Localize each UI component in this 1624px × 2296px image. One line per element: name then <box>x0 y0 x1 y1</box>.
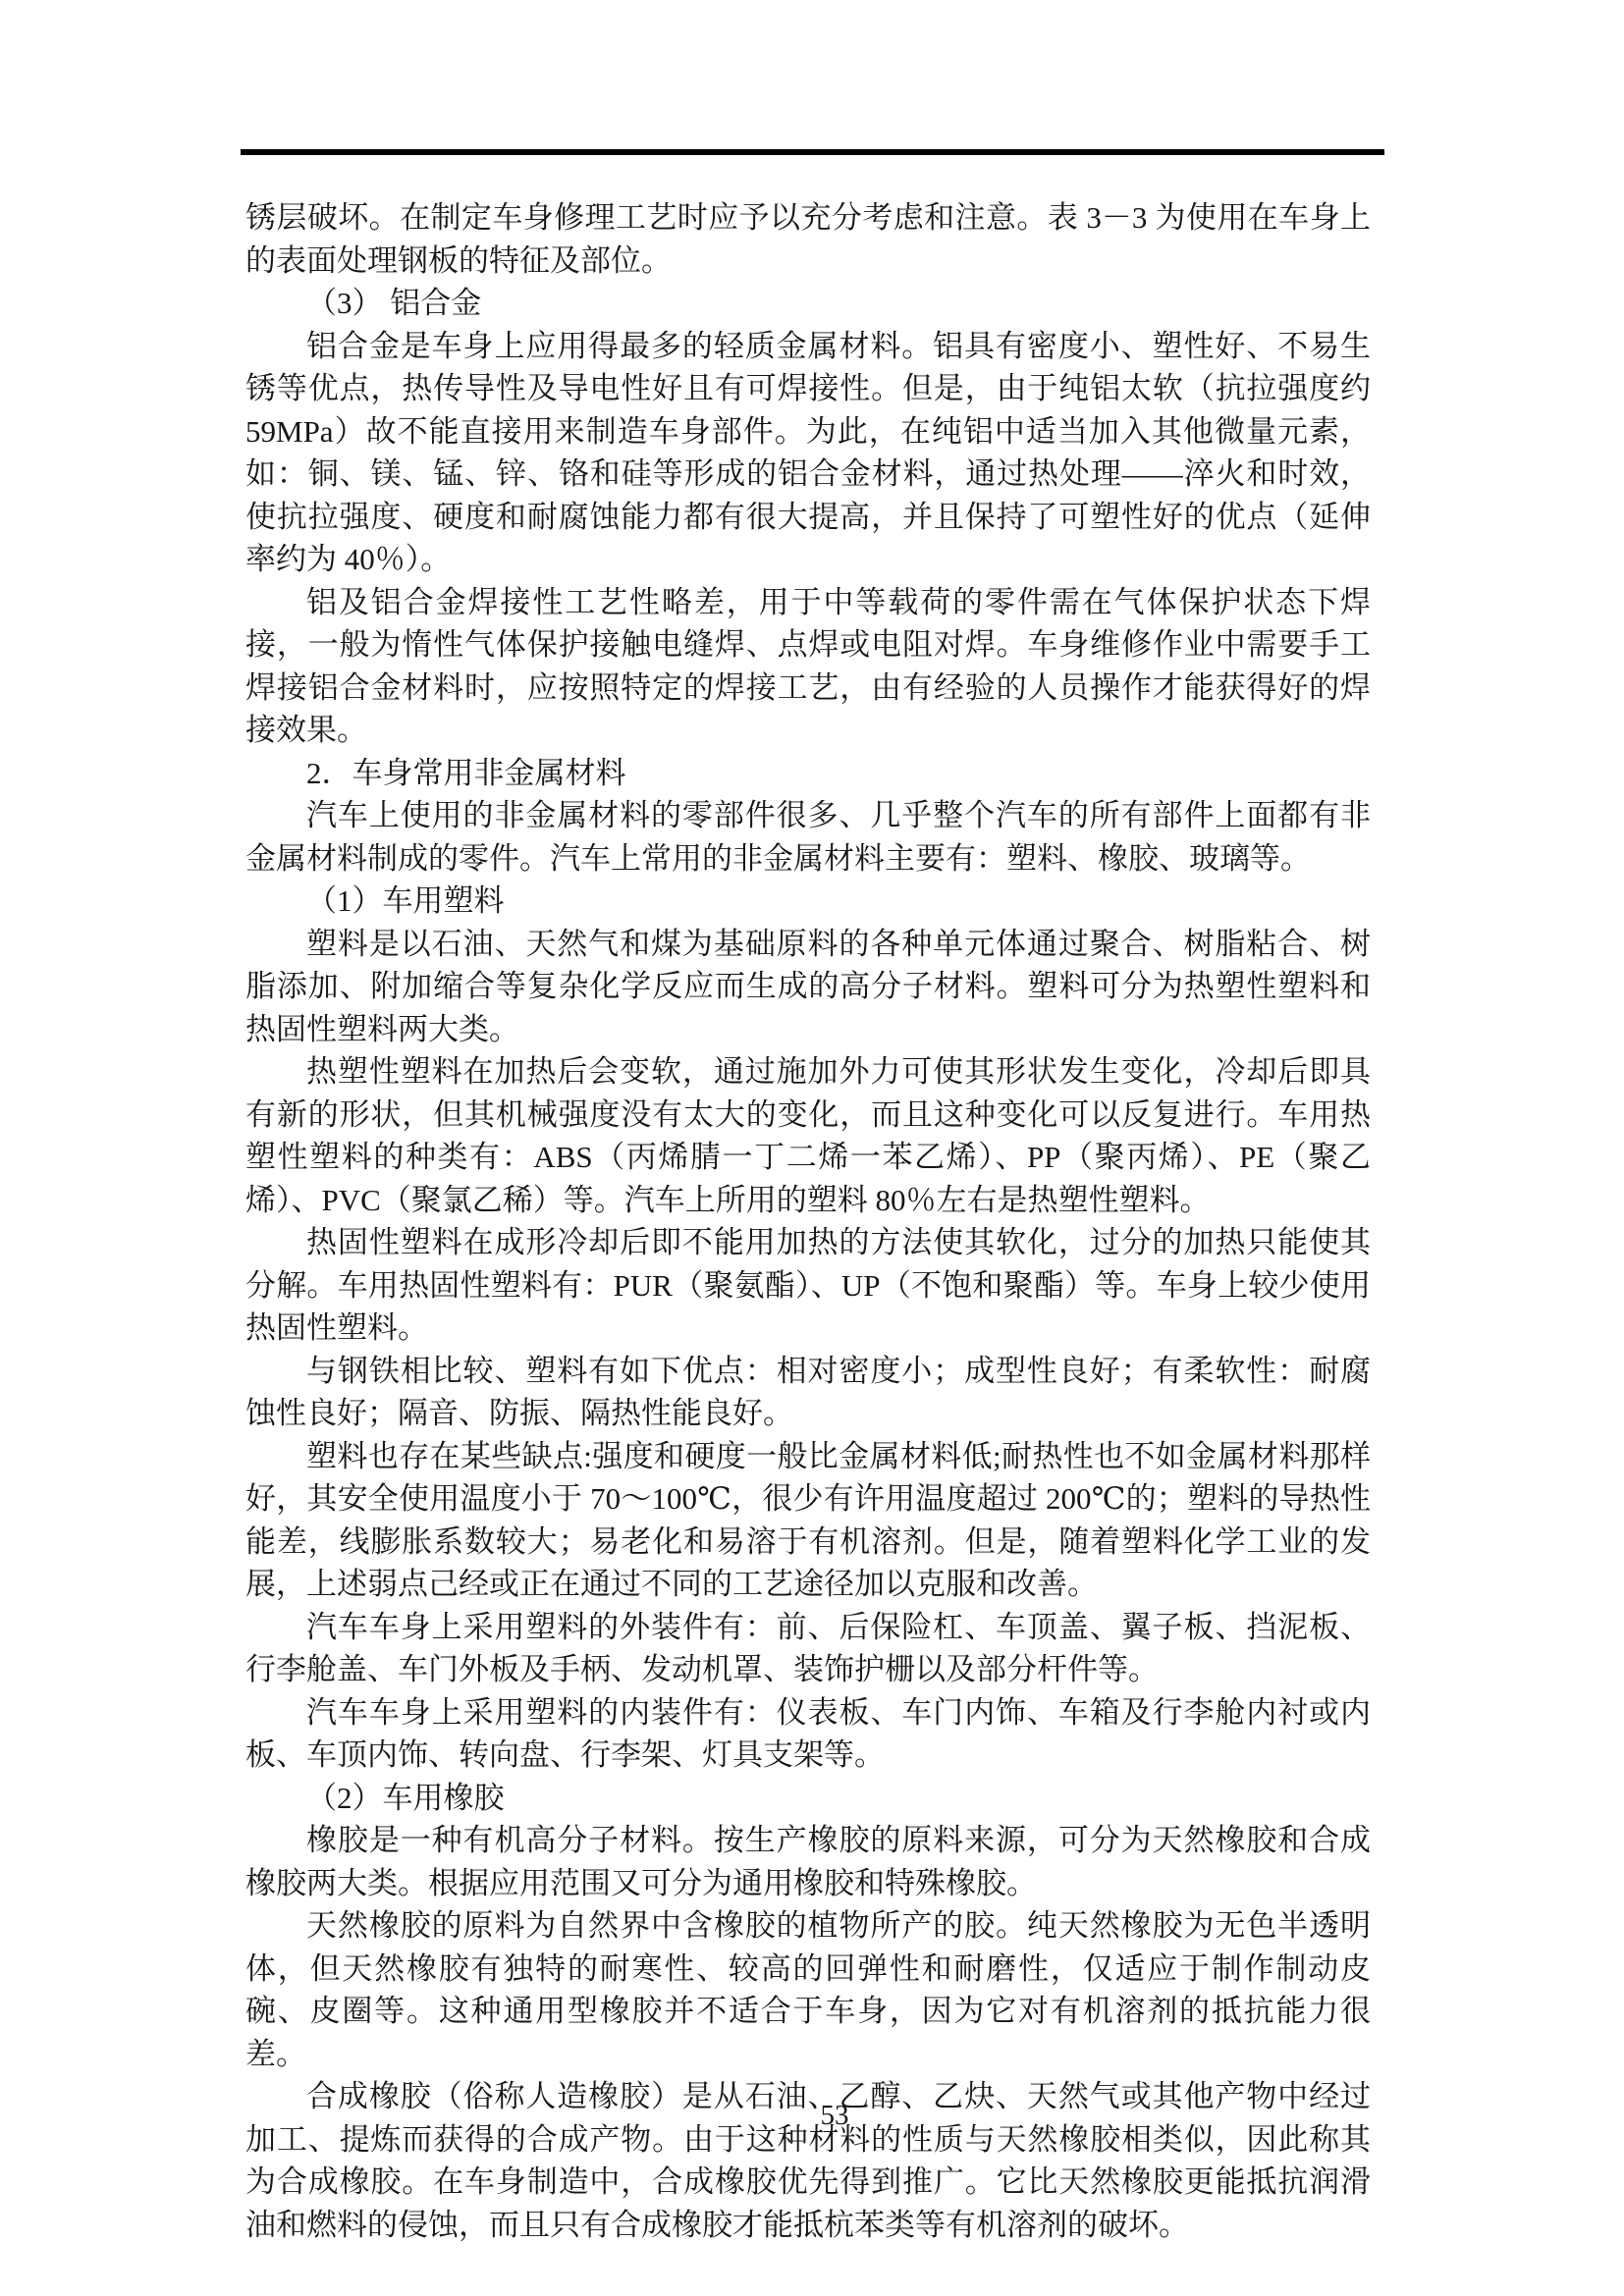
paragraph: 与钢铁相比较、塑料有如下优点：相对密度小；成型性良好；有柔软性：耐腐蚀性良好；隔… <box>245 1350 1371 1435</box>
section-heading-aluminum-alloy: （3） 铝合金 <box>245 282 1371 325</box>
document-page: 锈层破坏。在制定车身修理工艺时应予以充分考虑和注意。表 3－3 为使用在车身上的… <box>0 0 1624 2296</box>
paragraph: 热固性塑料在成形冷却后即不能用加热的方法使其软化，过分的加热只能使其分解。车用热… <box>245 1221 1371 1350</box>
paragraph: 天然橡胶的原料为自然界中含橡胶的植物所产的胶。纯天然橡胶为无色半透明体，但天然橡… <box>245 1904 1371 2075</box>
paragraph: 铝及铝合金焊接性工艺性略差，用于中等载荷的零件需在气体保护状态下焊接，一般为惰性… <box>245 581 1371 752</box>
paragraph-continuation: 锈层破坏。在制定车身修理工艺时应予以充分考虑和注意。表 3－3 为使用在车身上的… <box>245 196 1371 282</box>
page-number: 53 <box>776 2099 893 2132</box>
paragraph: 铝合金是车身上应用得最多的轻质金属材料。铝具有密度小、塑性好、不易生锈等优点，热… <box>245 325 1371 581</box>
paragraph: 塑料也存在某些缺点:强度和硬度一般比金属材料低;耐热性也不如金属材料那样好，其安… <box>245 1435 1371 1606</box>
section-heading-vehicle-plastics: （1）车用塑料 <box>245 880 1371 923</box>
paragraph: 汽车车身上采用塑料的内装件有：仪表板、车门内饰、车箱及行李舱内衬或内板、车顶内饰… <box>245 1691 1371 1777</box>
section-heading-nonmetal-materials: 2．车身常用非金属材料 <box>245 752 1371 795</box>
paragraph: 橡胶是一种有机高分子材料。按生产橡胶的原料来源，可分为天然橡胶和合成橡胶两大类。… <box>245 1819 1371 1904</box>
page-body: 锈层破坏。在制定车身修理工艺时应予以充分考虑和注意。表 3－3 为使用在车身上的… <box>245 196 1371 2246</box>
paragraph: 塑料是以石油、天然气和煤为基础原料的各种单元体通过聚合、树脂粘合、树脂添加、附加… <box>245 923 1371 1051</box>
paragraph: 汽车上使用的非金属材料的零部件很多、几乎整个汽车的所有部件上面都有非金属材料制成… <box>245 794 1371 880</box>
paragraph: 汽车车身上采用塑料的外装件有：前、后保险杠、车顶盖、翼子板、挡泥板、行李舱盖、车… <box>245 1606 1371 1691</box>
section-heading-vehicle-rubber: （2）车用橡胶 <box>245 1777 1371 1820</box>
paragraph: 热塑性塑料在加热后会变软，通过施加外力可使其形状发生变化，冷却后即具有新的形状，… <box>245 1050 1371 1221</box>
header-rule <box>241 149 1384 155</box>
